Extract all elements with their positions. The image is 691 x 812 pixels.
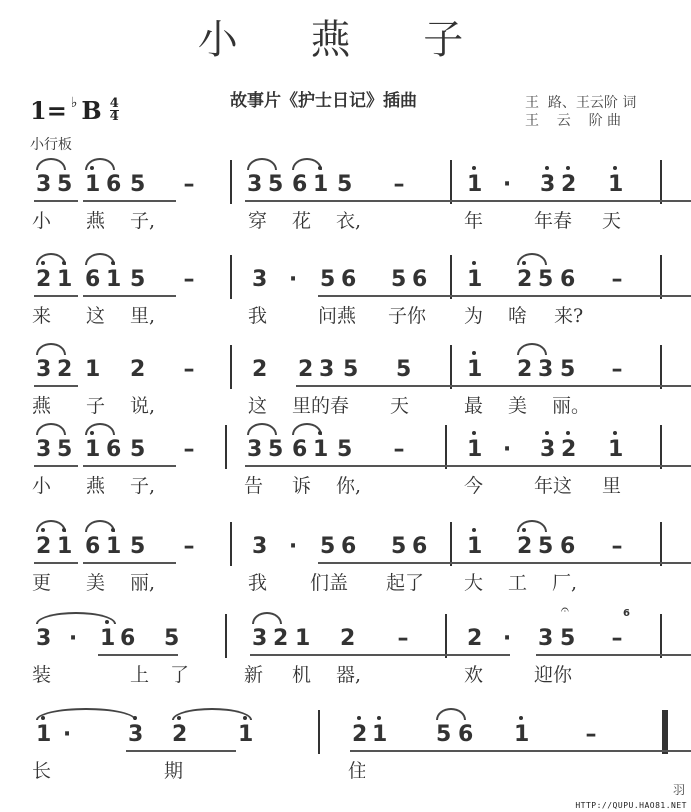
barline — [225, 425, 227, 469]
note: – — [610, 626, 624, 651]
lyric-text: 年春 — [534, 206, 572, 233]
note: 1 — [467, 357, 481, 382]
barline — [230, 160, 232, 204]
note: 1 — [295, 626, 309, 651]
note: · — [286, 534, 300, 559]
note: 2 — [252, 357, 266, 382]
eighth-underline — [83, 295, 176, 297]
lyric-text: 我 — [248, 568, 267, 595]
lyric-text: 丽, — [130, 568, 155, 595]
note: 5 — [130, 534, 144, 559]
eighth-underline — [515, 385, 691, 387]
lyric-text: 小 — [32, 206, 51, 233]
note: 2 — [352, 722, 366, 747]
eighth-underline — [434, 750, 691, 752]
note: 1 — [57, 267, 71, 292]
note: 5 — [57, 437, 71, 462]
eighth-underline — [538, 465, 691, 467]
lyric-text: 子, — [130, 206, 155, 233]
watermark-mark: 羽 — [673, 781, 685, 798]
eighth-underline — [83, 200, 176, 202]
song-title: 小 燕 子 — [0, 8, 691, 65]
note: – — [182, 357, 196, 382]
note: 1 — [100, 626, 114, 651]
note: 3 — [36, 437, 50, 462]
note: 1 — [313, 437, 327, 462]
score-row: 21615–3·56561256–更美丽,我们盖起了大工厂, — [30, 522, 670, 602]
slur-icon — [172, 708, 252, 720]
note: 3 — [252, 267, 266, 292]
key-tonic: 1= — [30, 96, 67, 125]
credits: 王 路、王云阶 词 王 云 阶 曲 — [525, 94, 636, 130]
note: 5 — [268, 437, 282, 462]
barline — [230, 345, 232, 389]
note: · — [66, 626, 80, 651]
tempo-marking: 小行板 — [30, 134, 72, 154]
note: 2 — [561, 437, 575, 462]
note: 1 — [467, 267, 481, 292]
eighth-underline — [34, 295, 78, 297]
eighth-underline — [126, 750, 236, 752]
note: 6 — [106, 172, 120, 197]
lyric-text: 来? — [554, 301, 583, 328]
note: 5 — [130, 267, 144, 292]
eighth-underline — [34, 465, 78, 467]
note: – — [396, 626, 410, 651]
note: 5 — [391, 534, 405, 559]
note: · — [500, 437, 514, 462]
note: 6 — [412, 267, 426, 292]
note: 5 — [343, 357, 357, 382]
note: 2 — [467, 626, 481, 651]
lyric-text: 告 — [244, 471, 263, 498]
note: 2 — [273, 626, 287, 651]
note: 3 — [36, 626, 50, 651]
key-note: B — [81, 96, 101, 125]
note: – — [610, 534, 624, 559]
lyric-text: 年 — [464, 206, 483, 233]
lyric-text: 期 — [164, 756, 183, 783]
fermata-icon: 𝄐 — [561, 602, 569, 618]
barline — [660, 160, 662, 204]
lyric-text: 说, — [130, 391, 155, 418]
note: · — [286, 267, 300, 292]
slur-icon — [252, 612, 282, 624]
note: – — [584, 722, 598, 747]
eighth-underline — [34, 562, 78, 564]
slur-icon — [517, 343, 547, 355]
barline — [450, 522, 452, 566]
eighth-underline — [98, 654, 178, 656]
lyric-text: 了 — [170, 660, 189, 687]
lyric-text: 更 — [32, 568, 51, 595]
lyric-text: 起了 — [386, 568, 424, 595]
slur-icon — [436, 708, 466, 720]
eighth-underline — [515, 562, 691, 564]
note: 3 — [538, 626, 552, 651]
song-subtitle: 故事片《护士日记》插曲 — [230, 86, 417, 111]
barline — [450, 160, 452, 204]
note: 1 — [467, 172, 481, 197]
note: 1 — [106, 534, 120, 559]
lyric-text: 大 — [464, 568, 483, 595]
slur-icon — [36, 423, 66, 435]
slur-icon — [36, 158, 66, 170]
note: 6 — [85, 534, 99, 559]
lyric-text: 迎你 — [534, 660, 572, 687]
note: 6 — [458, 722, 472, 747]
note: 5 — [268, 172, 282, 197]
lyric-text: 年这 — [534, 471, 572, 498]
note: 6 — [106, 437, 120, 462]
note: 6 — [120, 626, 134, 651]
note: – — [182, 172, 196, 197]
lyric-text: 上 — [130, 660, 149, 687]
note: 3 — [128, 722, 142, 747]
time-signature: 4 4 — [110, 98, 119, 123]
note: 3 — [540, 172, 554, 197]
note: 3 — [540, 437, 554, 462]
note: 6 — [341, 534, 355, 559]
barline — [660, 425, 662, 469]
note: 2 — [36, 534, 50, 559]
lyric-text: 美 — [508, 391, 527, 418]
note: 5 — [164, 626, 178, 651]
barline — [445, 425, 447, 469]
note: 2 — [298, 357, 312, 382]
barline — [230, 255, 232, 299]
note: 1 — [608, 172, 622, 197]
eighth-underline — [83, 465, 176, 467]
lyric-text: 问燕 — [318, 301, 356, 328]
note: – — [392, 172, 406, 197]
lyric-text: 工 — [508, 568, 527, 595]
note: 3 — [36, 357, 50, 382]
eighth-underline — [34, 385, 78, 387]
composer-credit: 王 云 阶 曲 — [525, 112, 636, 130]
note: 1 — [85, 172, 99, 197]
note: 1 — [514, 722, 528, 747]
score-row: 35165–35615–1·321小燕子,穿花衣,年年春天 — [30, 160, 670, 240]
lyric-text: 子, — [130, 471, 155, 498]
note: 1 — [608, 437, 622, 462]
note: 1 — [313, 172, 327, 197]
note: · — [500, 172, 514, 197]
lyric-text: 子你 — [388, 301, 426, 328]
lyric-text: 天 — [390, 391, 409, 418]
lyric-text: 衣, — [336, 206, 361, 233]
note: 6 — [560, 534, 574, 559]
eighth-underline — [515, 295, 691, 297]
note: 1 — [467, 534, 481, 559]
barline — [445, 614, 447, 658]
note: – — [182, 534, 196, 559]
note: 3 — [247, 437, 261, 462]
lyric-text: 器, — [336, 660, 361, 687]
note: 3 — [252, 626, 266, 651]
lyric-text: 长 — [32, 756, 51, 783]
lyric-text: 欢 — [464, 660, 483, 687]
note: 1 — [85, 437, 99, 462]
flat-icon: ♭ — [71, 95, 78, 111]
barline — [450, 255, 452, 299]
note: 1 — [106, 267, 120, 292]
note: 2 — [36, 267, 50, 292]
lyric-text: 美 — [86, 568, 105, 595]
note: 2 — [130, 357, 144, 382]
lyric-text: 里 — [602, 471, 621, 498]
scan-blank-area — [365, 760, 691, 796]
score-row: 35165–35615–1·321小燕子,告诉你,今年这里 — [30, 425, 670, 505]
slur-icon — [36, 612, 116, 624]
note: 3 — [247, 172, 261, 197]
note: 5 — [320, 534, 334, 559]
note: 3 — [252, 534, 266, 559]
lyric-text: 来 — [32, 301, 51, 328]
lyric-text: 穿 — [248, 206, 267, 233]
time-bottom: 4 — [110, 111, 119, 123]
note: 2 — [517, 267, 531, 292]
slur-icon — [247, 158, 277, 170]
note: 6 — [412, 534, 426, 559]
final-barline — [662, 710, 668, 754]
note: 5 — [538, 534, 552, 559]
watermark-url: HTTP://QUPU.HAO81.NET — [575, 801, 687, 810]
lyric-text: 最 — [464, 391, 483, 418]
note: 5 — [337, 172, 351, 197]
note: 5 — [436, 722, 450, 747]
note: 6 — [560, 267, 574, 292]
lyric-text: 装 — [32, 660, 51, 687]
lyric-text: 里的春 — [292, 391, 349, 418]
lyric-text: 今 — [464, 471, 483, 498]
score-row: 3·1653212–2·35–𝄐6装上了新机器,欢迎你 — [30, 614, 670, 694]
note: 5 — [130, 172, 144, 197]
key-signature: 1= ♭ B 4 4 — [30, 96, 119, 125]
lyric-text: 你, — [336, 471, 361, 498]
eighth-underline — [250, 654, 510, 656]
barline — [660, 522, 662, 566]
grace-note: 6 — [623, 608, 630, 619]
note: 1 — [36, 722, 50, 747]
lyric-text: 我 — [248, 301, 267, 328]
eighth-underline — [538, 200, 691, 202]
lyric-text: 子 — [86, 391, 105, 418]
note: – — [392, 437, 406, 462]
note: 1 — [238, 722, 252, 747]
note: 6 — [292, 172, 306, 197]
note: 6 — [85, 267, 99, 292]
note: 5 — [560, 357, 574, 382]
barline — [660, 345, 662, 389]
note: · — [60, 722, 74, 747]
lyric-text: 为 — [464, 301, 483, 328]
note: 2 — [517, 357, 531, 382]
note: 2 — [172, 722, 186, 747]
barline — [660, 614, 662, 658]
note: 5 — [396, 357, 410, 382]
note: 1 — [372, 722, 386, 747]
note: 3 — [36, 172, 50, 197]
note: – — [182, 437, 196, 462]
note: – — [610, 357, 624, 382]
score-row: 21615–3·56561256–来这里,我问燕子你为啥来? — [30, 255, 670, 335]
eighth-underline — [83, 562, 176, 564]
score-row: 3212–223551235–燕子说,这里的春天最美丽。 — [30, 345, 670, 425]
slur-icon — [247, 423, 277, 435]
note: 2 — [517, 534, 531, 559]
note: 5 — [391, 267, 405, 292]
lyric-text: 诉 — [292, 471, 311, 498]
barline — [225, 614, 227, 658]
note: 2 — [57, 357, 71, 382]
barline — [450, 345, 452, 389]
lyric-text: 燕 — [32, 391, 51, 418]
note: – — [182, 267, 196, 292]
note: – — [610, 267, 624, 292]
lyricist-credit: 王 路、王云阶 词 — [525, 94, 636, 112]
note: 2 — [340, 626, 354, 651]
eighth-underline — [34, 200, 78, 202]
note: 5 — [337, 437, 351, 462]
note: 6 — [341, 267, 355, 292]
slur-icon — [36, 708, 136, 720]
lyric-text: 燕 — [86, 206, 105, 233]
lyric-text: 天 — [602, 206, 621, 233]
barline — [230, 522, 232, 566]
lyric-text: 燕 — [86, 471, 105, 498]
note: 5 — [560, 626, 574, 651]
note: 6 — [292, 437, 306, 462]
note: 2 — [561, 172, 575, 197]
note: 1 — [57, 534, 71, 559]
slur-icon — [36, 343, 66, 355]
note: 3 — [319, 357, 333, 382]
note: 1 — [467, 437, 481, 462]
note: 5 — [320, 267, 334, 292]
note: · — [500, 626, 514, 651]
lyric-text: 厂, — [552, 568, 577, 595]
lyric-text: 花 — [292, 206, 311, 233]
lyric-text: 新 — [244, 660, 263, 687]
lyric-text: 这 — [86, 301, 105, 328]
lyric-text: 里, — [130, 301, 155, 328]
lyric-text: 机 — [292, 660, 311, 687]
lyric-text: 啥 — [508, 301, 527, 328]
lyric-text: 丽。 — [552, 391, 590, 418]
lyric-text: 这 — [248, 391, 267, 418]
eighth-underline — [536, 654, 691, 656]
note: 1 — [85, 357, 99, 382]
lyric-text: 们盖 — [310, 568, 348, 595]
barline — [318, 710, 320, 754]
note: 5 — [57, 172, 71, 197]
barline — [660, 255, 662, 299]
note: 5 — [538, 267, 552, 292]
note: 5 — [130, 437, 144, 462]
note: 3 — [538, 357, 552, 382]
lyric-text: 小 — [32, 471, 51, 498]
